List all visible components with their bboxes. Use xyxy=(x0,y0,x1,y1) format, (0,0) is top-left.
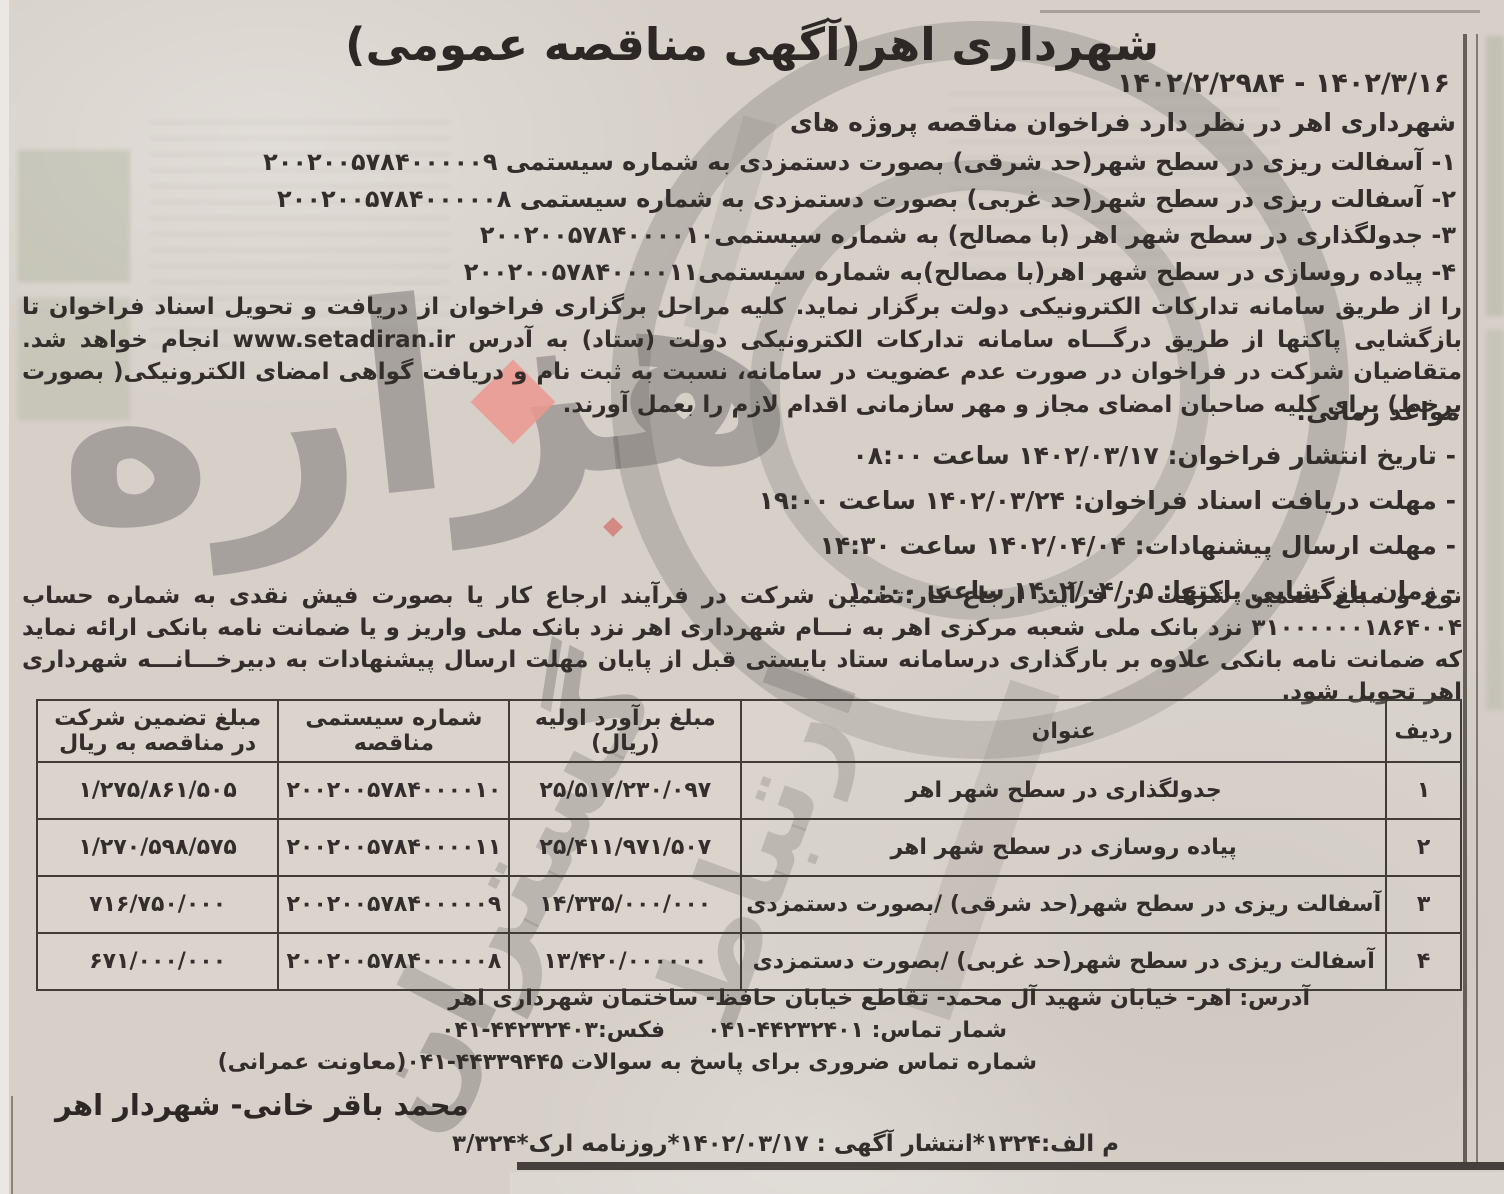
project-item-2: ۲- آسفالت ریزی در سطح شهر(حد غربی) بصورت… xyxy=(263,181,1456,218)
project-item-3: ۳- جدولگذاری در سطح شهر اهر (با مصالح) ب… xyxy=(263,217,1456,254)
top-rule xyxy=(1040,10,1480,13)
row-title: جدولگذاری در سطح شهر اهر xyxy=(741,762,1386,819)
row-number: ۱ xyxy=(1386,762,1461,819)
right-border-inner xyxy=(1476,34,1478,1162)
schedule-docs-deadline: - مهلت دریافت اسناد فراخوان: ۱۴۰۲/۰۳/۲۴ … xyxy=(759,478,1456,523)
newspaper-ad-page: هزاره گستران ارتباط شهرداری اهر(آگهی منا… xyxy=(0,0,1504,1194)
procedure-paragraph: را از طریق سامانه تدارکات الکترونیکی دول… xyxy=(22,291,1462,421)
schedule-publish-date: - تاریخ انتشار فراخوان: ۱۴۰۲/۰۳/۱۷ ساعت … xyxy=(759,433,1456,478)
row-bond: ۱/۲۷۵/۸۶۱/۵۰۵ xyxy=(37,762,278,819)
row-title: پیاده روسازی در سطح شهر اهر xyxy=(741,819,1386,876)
row-number: ۴ xyxy=(1386,933,1461,990)
project-list: ۱- آسفالت ریزی در سطح شهر(حد شرقی) بصورت… xyxy=(263,144,1456,290)
address-line: آدرس: اهر- خیابان شهید آل محمد- تقاطع خی… xyxy=(448,986,1310,1011)
phone-number: شمار تماس: ۴۴۲۳۲۴۰۱-۰۴۱ xyxy=(707,1018,1007,1043)
table-row: ۱ جدولگذاری در سطح شهر اهر ۲۵/۵۱۷/۲۳۰/۰۹… xyxy=(37,762,1461,819)
below-rule-strip xyxy=(510,1172,1504,1194)
table-header-row: ردیف عنوان مبلغ برآورد اولیه (ریال) شمار… xyxy=(37,700,1461,762)
schedule-heading: مواعد زمانی: xyxy=(1296,397,1460,426)
row-system-number: ۲۰۰۲۰۰۵۷۸۴۰۰۰۰۰۸ xyxy=(278,933,509,990)
row-number: ۲ xyxy=(1386,819,1461,876)
scan-left-edge xyxy=(0,0,9,1194)
project-item-1: ۱- آسفالت ریزی در سطح شهر(حد شرقی) بصورت… xyxy=(263,144,1456,181)
row-estimate: ۲۵/۴۱۱/۹۷۱/۵۰۷ xyxy=(509,819,741,876)
col-header-system-number: شماره سیستمی مناقصه xyxy=(278,700,509,762)
mayor-signature: محمد باقر خانی- شهردار اهر xyxy=(55,1088,469,1122)
page-title: شهرداری اهر(آگهی مناقصه عمومی) xyxy=(0,18,1504,71)
row-system-number: ۲۰۰۲۰۰۵۷۸۴۰۰۰۰۱۱ xyxy=(278,819,509,876)
col-header-bond: مبلغ تضمین شرکت در مناقصه به ریال xyxy=(37,700,278,762)
row-bond: ۶۷۱/۰۰۰/۰۰۰ xyxy=(37,933,278,990)
row-estimate: ۱۴/۳۳۵/۰۰۰/۰۰۰ xyxy=(509,876,741,933)
col-header-title: عنوان xyxy=(741,700,1386,762)
intro-line: شهرداری اهر در نظر دارد فراخوان مناقصه پ… xyxy=(790,108,1456,137)
col-header-estimate: مبلغ برآورد اولیه (ریال) xyxy=(509,700,741,762)
fax-number: فکس:۴۴۲۳۲۴۰۳-۰۴۱ xyxy=(441,1018,665,1043)
bottom-left-tick xyxy=(11,1096,13,1194)
row-bond: ۷۱۶/۷۵۰/۰۰۰ xyxy=(37,876,278,933)
right-border-outer xyxy=(1463,34,1467,1162)
row-estimate: ۱۳/۴۲۰/۰۰۰۰۰۰ xyxy=(509,933,741,990)
row-estimate: ۲۵/۵۱۷/۲۳۰/۰۹۷ xyxy=(509,762,741,819)
phone-fax-line: شمار تماس: ۴۴۲۳۲۴۰۱-۰۴۱ فکس:۴۴۲۳۲۴۰۳-۰۴۱ xyxy=(441,1018,1007,1043)
row-title: آسفالت ریزی در سطح شهر(حد غربی) /بصورت د… xyxy=(741,933,1386,990)
schedule-proposal-deadline: - مهلت ارسال پیشنهادات: ۱۴۰۲/۰۴/۰۴ ساعت … xyxy=(759,523,1456,568)
row-bond: ۱/۲۷۰/۵۹۸/۵۷۵ xyxy=(37,819,278,876)
project-item-4: ۴- پیاده روسازی در سطح شهر اهر(با مصالح)… xyxy=(263,254,1456,291)
row-number: ۳ xyxy=(1386,876,1461,933)
tender-table: ردیف عنوان مبلغ برآورد اولیه (ریال) شمار… xyxy=(36,699,1462,991)
reference-number-date: ۱۴۰۲/۳/۱۶ - ۱۴۰۲/۲/۲۹۸۴ xyxy=(1117,68,1450,99)
ad-content: شهرداری اهر(آگهی مناقصه عمومی) ۱۴۰۲/۳/۱۶… xyxy=(0,0,1504,1194)
row-system-number: ۲۰۰۲۰۰۵۷۸۴۰۰۰۰۰۹ xyxy=(278,876,509,933)
table-row: ۳ آسفالت ریزی در سطح شهر(حد شرقی) /بصورت… xyxy=(37,876,1461,933)
emergency-contact-line: شماره تماس ضروری برای پاسخ به سوالات ۴۴۳… xyxy=(218,1050,1037,1075)
publication-footer-line: ۳/۳۲۴*م الف:۱۳۲۴*انتشار آگهی : ۱۴۰۲/۰۳/۱… xyxy=(452,1131,1119,1157)
bottom-rule xyxy=(517,1162,1504,1170)
guarantee-paragraph: نوع و مبلغ تضمین شرکت در فرآیند ارجاع کا… xyxy=(22,580,1462,708)
col-header-row-number: ردیف xyxy=(1386,700,1461,762)
table-row: ۲ پیاده روسازی در سطح شهر اهر ۲۵/۴۱۱/۹۷۱… xyxy=(37,819,1461,876)
table-row: ۴ آسفالت ریزی در سطح شهر(حد غربی) /بصورت… xyxy=(37,933,1461,990)
row-system-number: ۲۰۰۲۰۰۵۷۸۴۰۰۰۰۱۰ xyxy=(278,762,509,819)
row-title: آسفالت ریزی در سطح شهر(حد شرقی) /بصورت د… xyxy=(741,876,1386,933)
